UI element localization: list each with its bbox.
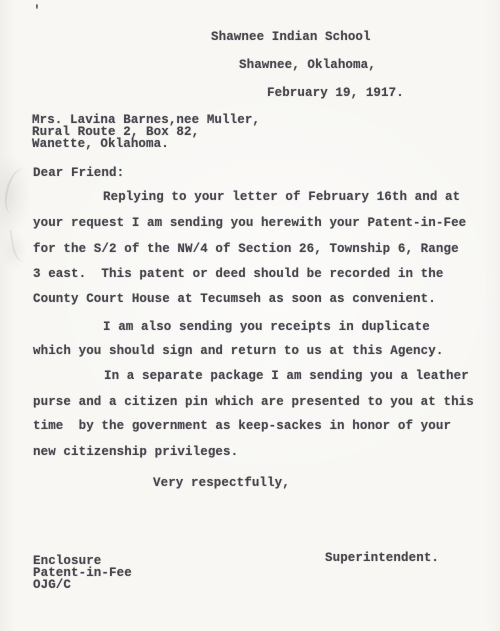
stray-mark: ' [33,3,41,18]
body-line: 3 east. This patent or deed should be re… [33,268,443,281]
body-line: Replying to your letter of February 16th… [103,191,460,204]
body-line: which you should sign and return to us a… [33,345,443,358]
body-line: time by the government as keep-sackes in… [33,420,451,433]
body-line: purse and a citizen pin which are presen… [33,396,474,409]
body-line: I am also sending you receipts in duplic… [103,321,430,334]
body-line: County Court House at Tecumseh as soon a… [33,293,436,306]
recipient-city-line: Wanette, Oklahoma. [32,138,169,151]
closing-valediction: Very respectfully, [153,477,290,490]
typist-initials: OJG/C [33,579,71,592]
letterhead-school-name: Shawnee Indian School [211,31,371,44]
salutation: Dear Friend: [33,167,124,180]
scanned-letter-page: ' Shawnee Indian School Shawnee, Oklahom… [0,0,500,631]
body-line: for the S/2 of the NW/4 of Section 26, T… [33,243,459,256]
letterhead-date: February 19, 1917. [267,87,404,100]
paper-smudge [9,227,33,264]
body-line: new citizenship privileges. [33,446,238,459]
body-line: In a separate package I am sending you a… [104,370,469,383]
letterhead-place: Shawnee, Oklahoma, [239,59,376,72]
body-line: your request I am sending you herewith y… [33,217,466,230]
signature-title: Superintendent. [325,552,439,565]
paper-smudge [1,166,36,218]
